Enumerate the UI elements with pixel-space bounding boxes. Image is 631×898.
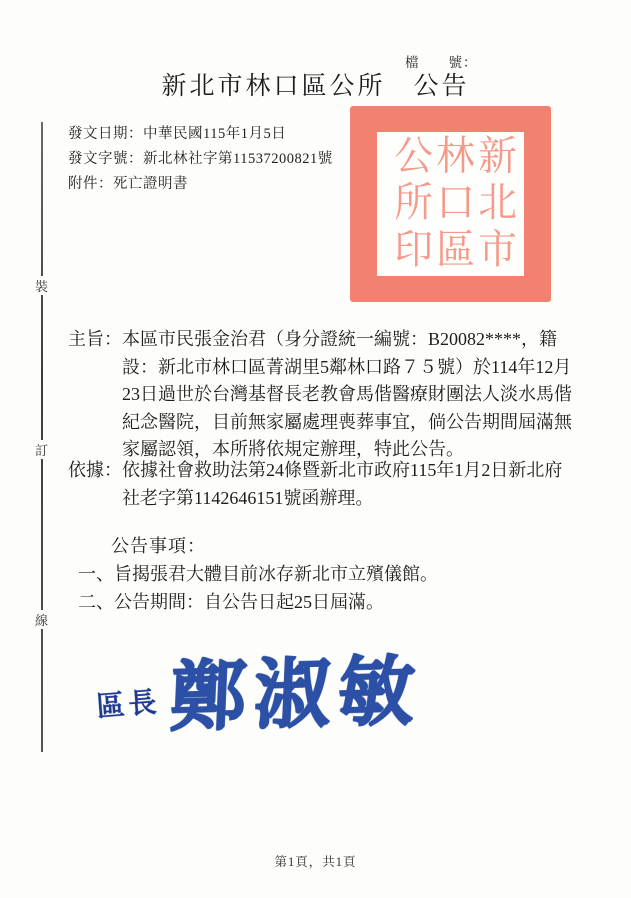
seal-column-left: 公所印 xyxy=(389,134,428,274)
attachment-label: 附件： xyxy=(68,176,113,192)
issue-date-value: 中華民國115年1月5日 xyxy=(143,126,286,142)
announcement-item-1: 一、旨揭張君大體目前冰存新北市立殯儀館。 xyxy=(78,560,438,586)
document-page: 檔 號： 保存年限： 新北市林口區公所 公告 發文日期：中華民國115年1月5日… xyxy=(0,0,631,898)
signer-title: 區長 xyxy=(95,679,162,724)
announcement-items-heading: 公告事項： xyxy=(111,532,206,558)
official-seal-stamp: 新北市 林口區 公所印 xyxy=(350,106,551,302)
attachment-row: 附件：死亡證明書 xyxy=(68,172,333,197)
basis-text: 依據社會救助法第24條暨新北市政府115年1月2日新北府 社老字第1142646… xyxy=(122,457,573,512)
seal-column-middle: 林口區 xyxy=(431,134,470,274)
seal-inner-face: 新北市 林口區 公所印 xyxy=(377,132,524,276)
document-meta: 發文日期：中華民國115年1月5日 發文字號：新北林社字第11537200821… xyxy=(68,122,333,197)
binding-mark-zhuang: 裝 xyxy=(33,276,50,295)
binding-mark-xian: 線 xyxy=(33,610,50,629)
basis-label: 依據： xyxy=(68,457,122,485)
issue-date-label: 發文日期： xyxy=(68,126,143,142)
signer-name-signature: 鄭淑敏 xyxy=(168,630,425,746)
issue-date-row: 發文日期：中華民國115年1月5日 xyxy=(68,122,333,147)
announcement-item-2: 二、公告期間：自公告日起25日屆滿。 xyxy=(78,588,384,614)
subject-paragraph: 主旨： 本區市民張金治君（身分證統一編號：B20082****，籍 設：新北市林… xyxy=(68,326,573,464)
subject-text: 本區市民張金治君（身分證統一編號：B20082****，籍 設：新北市林口區菁湖… xyxy=(122,326,573,464)
seal-column-right: 新北市 xyxy=(473,134,512,274)
page-number-footer: 第1頁，共1頁 xyxy=(0,852,631,870)
binding-mark-ding: 訂 xyxy=(33,440,50,459)
doc-number-label: 發文字號： xyxy=(68,151,143,167)
doc-number-value: 新北林社字第11537200821號 xyxy=(143,151,333,167)
page-title: 新北市林口區公所 公告 xyxy=(0,66,631,102)
binding-line xyxy=(41,122,43,752)
attachment-value: 死亡證明書 xyxy=(113,176,188,192)
basis-paragraph: 依據： 依據社會救助法第24條暨新北市政府115年1月2日新北府 社老字第114… xyxy=(68,457,573,512)
subject-label: 主旨： xyxy=(68,326,122,354)
doc-number-row: 發文字號：新北林社字第11537200821號 xyxy=(68,147,333,172)
signature-block: 區長 鄭淑敏 xyxy=(95,630,424,747)
